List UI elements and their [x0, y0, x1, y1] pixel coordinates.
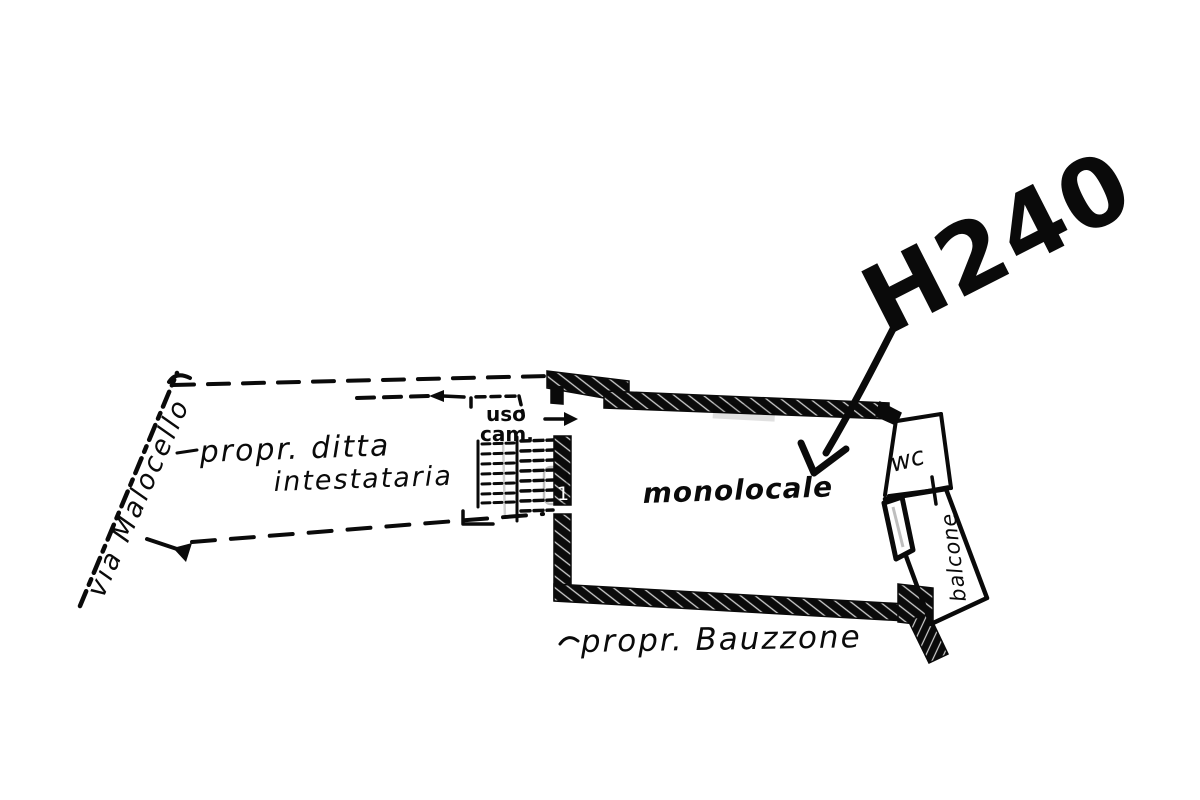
stair-treads-left: [482, 443, 514, 503]
stair-treads-right: [521, 440, 553, 511]
scan-smudge: [713, 402, 776, 421]
entry-arrow-head: [564, 412, 578, 426]
height-arrow-head: [801, 443, 846, 473]
staircase: [463, 437, 553, 524]
scan-digit-artifact: 1: [557, 483, 569, 505]
room-label: monolocale: [642, 470, 834, 510]
wall-bottom: [554, 584, 906, 621]
owner-left-label-line2: intestataria: [273, 461, 453, 498]
property-boundary-top: [173, 376, 547, 385]
height-label: H240: [846, 130, 1151, 358]
property-boundary-inner: [357, 396, 430, 398]
boundary-arrow-tick: [173, 543, 192, 562]
street-corner-hook: [169, 375, 190, 382]
wc-wall-top: [897, 414, 941, 421]
wall-jog-hook: [551, 386, 563, 404]
owner-bottom-flourish: [560, 638, 578, 644]
property-boundary-bottom: [192, 514, 543, 542]
balcony-label: balcone: [936, 511, 971, 603]
use-label-line2: cam.: [480, 422, 534, 446]
floor-plan-scan: via Malocello propr. ditta intestataria: [0, 0, 1200, 800]
owner-left-lead-dash: [177, 450, 197, 453]
inner-arrow-shaft: [443, 396, 464, 397]
inner-arrow-left-head: [429, 390, 444, 402]
owner-bottom-label: propr. Bauzzone: [580, 619, 862, 660]
street-label: via Malocello: [81, 393, 197, 602]
floor-plan-svg: via Malocello propr. ditta intestataria: [0, 0, 1200, 800]
wc-wall-right: [941, 414, 951, 488]
height-arrow-shaft: [826, 327, 894, 453]
property-boundary-bottom-lead: [147, 539, 177, 549]
